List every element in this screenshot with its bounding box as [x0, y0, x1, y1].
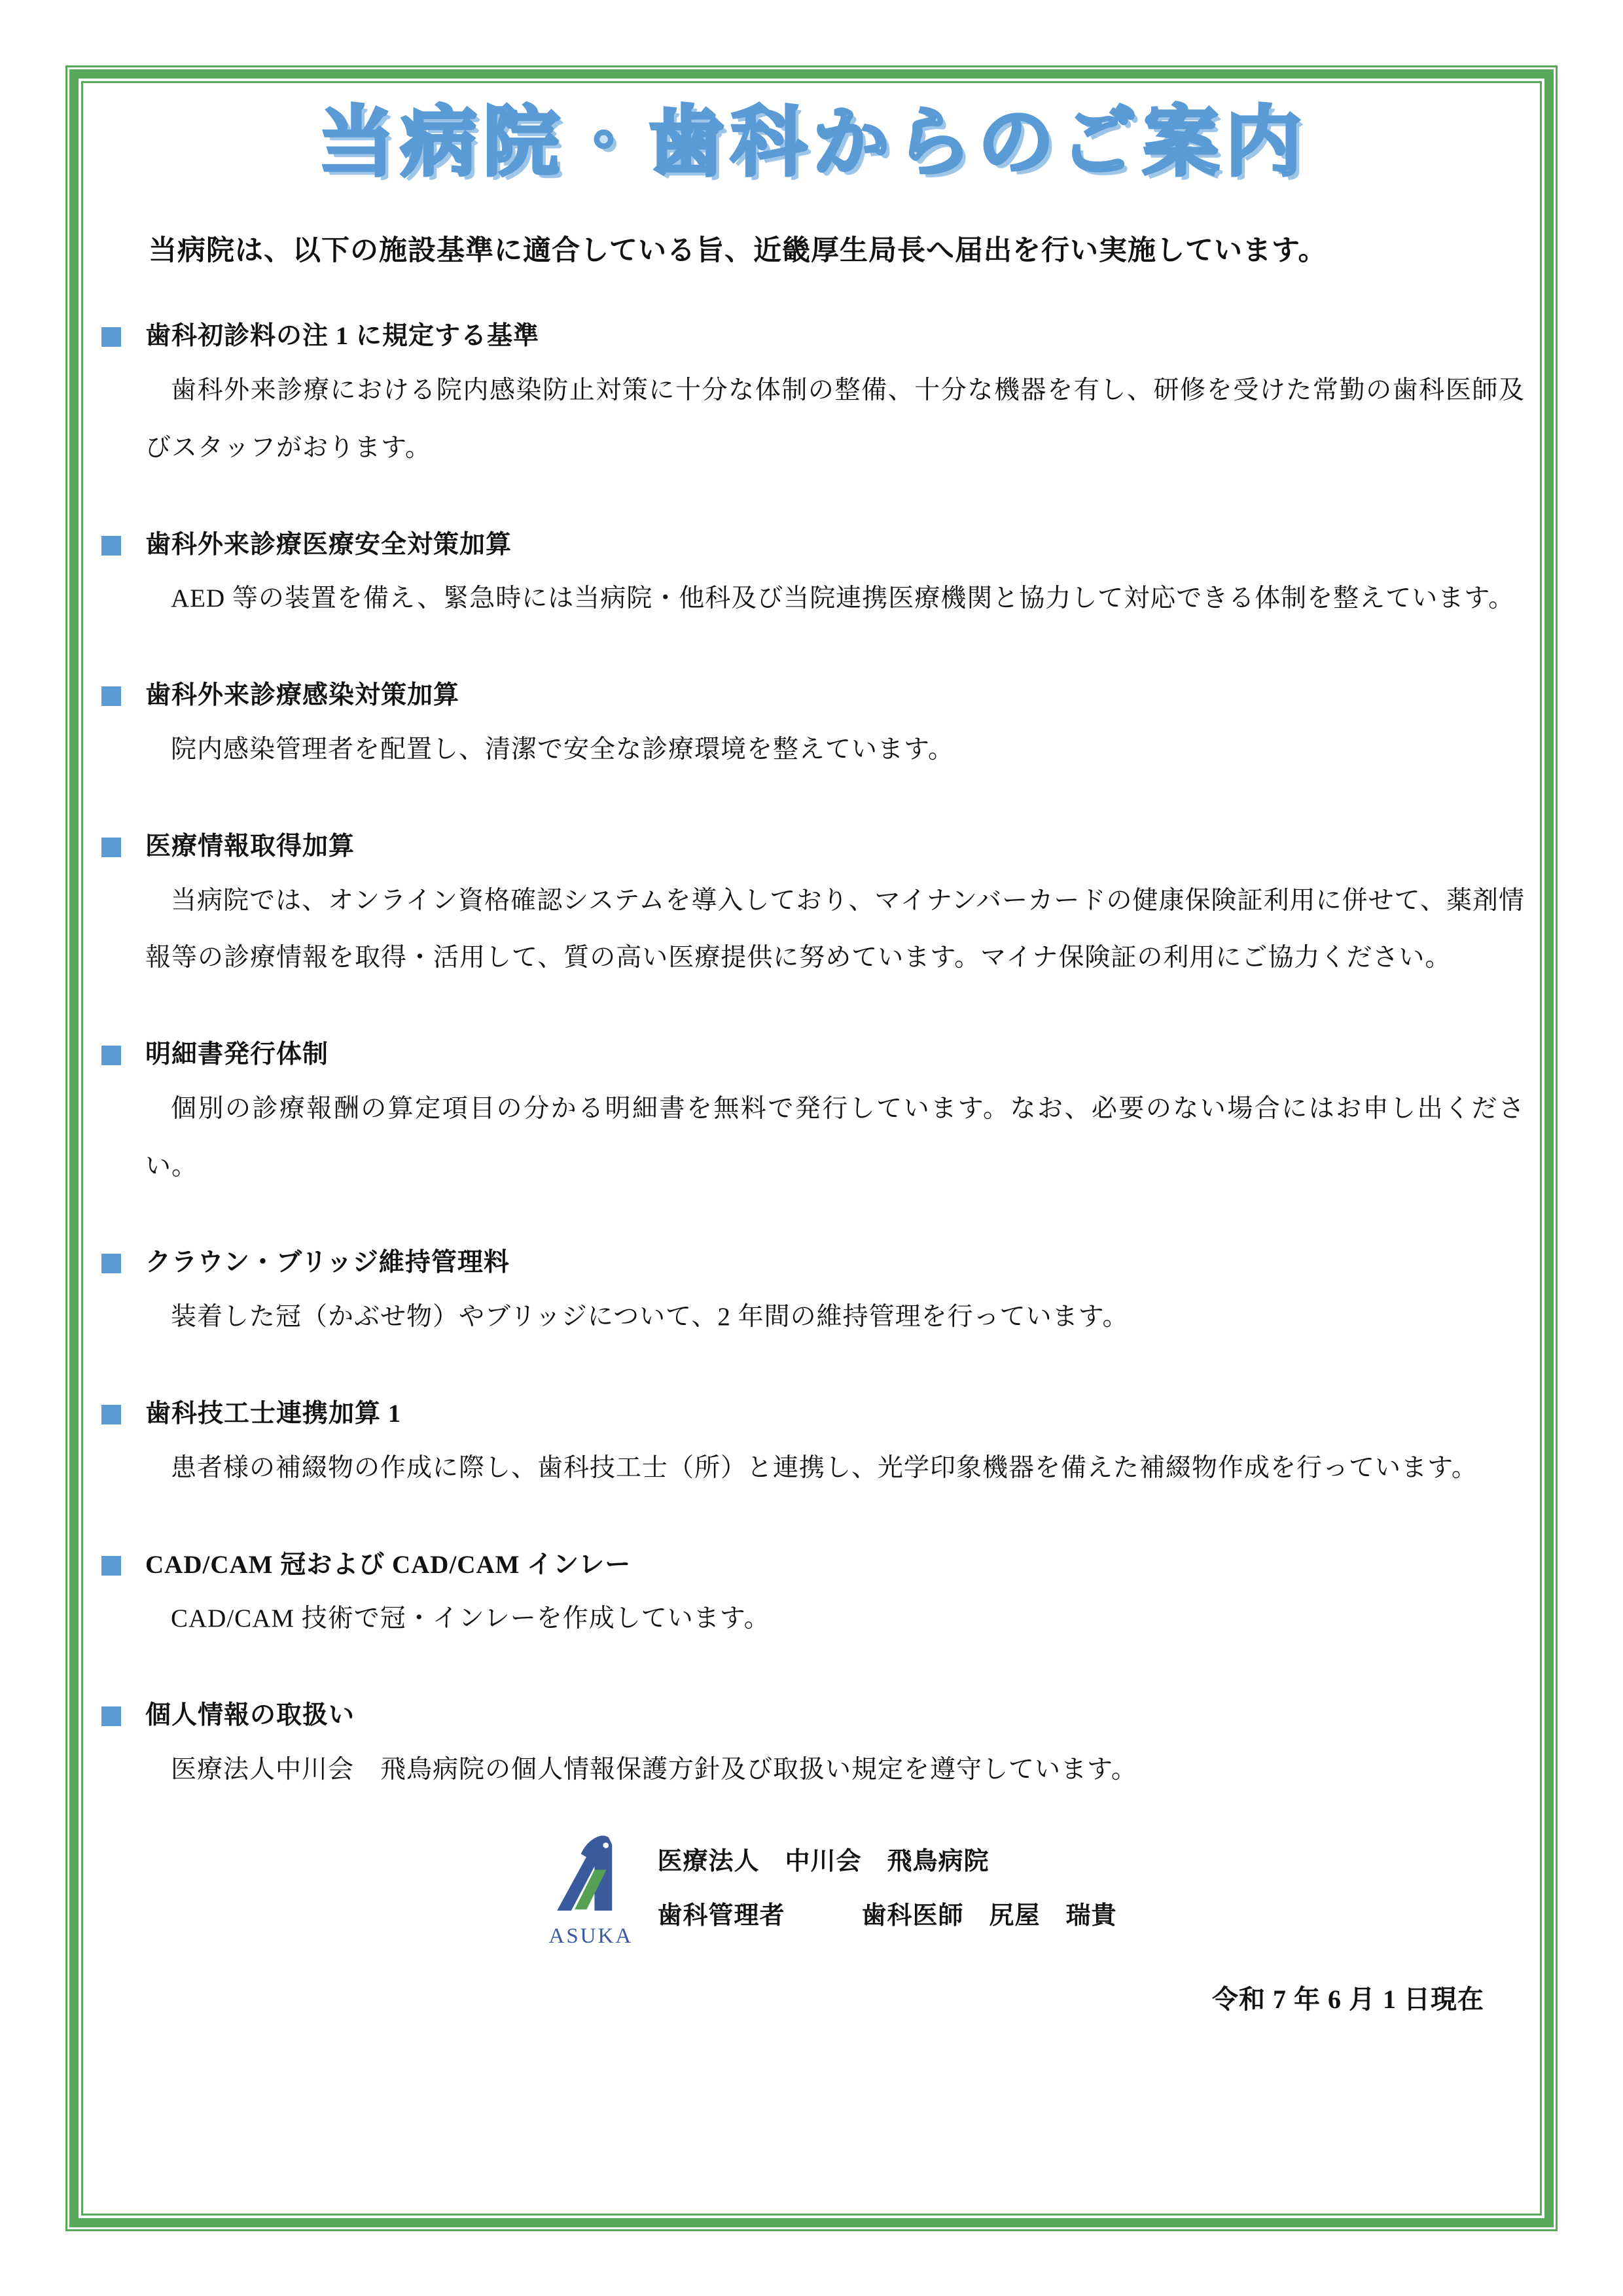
section-body: 患者様の補綴物の作成に際し、歯科技工士（所）と連携し、光学印象機器を備えた補綴物…: [145, 1439, 1525, 1497]
logo-wordmark: ASUKA: [548, 1924, 627, 1949]
section-cadcam: CAD/CAM 冠および CAD/CAM インレー CAD/CAM 技術で冠・イ…: [101, 1551, 1525, 1648]
section-gikoshi-renkei: 歯科技工士連携加算 1 患者様の補綴物の作成に際し、歯科技工士（所）と連携し、光…: [101, 1400, 1525, 1497]
bullet-square-icon: [101, 1706, 121, 1726]
date-line: 令和 7 年 6 月 1 日現在: [101, 1979, 1525, 2016]
bullet-square-icon: [101, 1046, 121, 1065]
section-kansen-taisaku: 歯科外来診療感染対策加算 院内感染管理者を配置し、清潔で安全な診療環境を整えてい…: [101, 681, 1525, 779]
section-body: 医療法人中川会 飛鳥病院の個人情報保護方針及び取扱い規定を遵守しています。: [145, 1741, 1525, 1799]
bullet-square-icon: [101, 1254, 121, 1273]
intro-statement: 当病院は、以下の施設基準に適合している旨、近畿厚生局長へ届出を行い実施しています…: [101, 228, 1525, 268]
section-heading: 明細書発行体制: [145, 1040, 329, 1070]
bullet-square-icon: [101, 838, 121, 857]
bullet-square-icon: [101, 686, 121, 706]
section-body: 装着した冠（かぶせ物）やブリッジについて、2 年間の維持管理を行っています。: [145, 1288, 1525, 1346]
section-heading: 歯科技工士連携加算 1: [145, 1400, 401, 1429]
section-kojin-joho: 個人情報の取扱い 医療法人中川会 飛鳥病院の個人情報保護方針及び取扱い規定を遵守…: [101, 1701, 1525, 1799]
footer-signature: ASUKA 医療法人 中川会 飛鳥病院 歯科管理者 歯科医師 尻屋 瑞貴: [121, 1830, 1544, 1949]
section-body: AED 等の装置を備え、緊急時には当病院・他科及び当院連携医療機関と協力して対応…: [145, 570, 1525, 627]
section-meisaisho: 明細書発行体制 個別の診療報酬の算定項目の分かる明細書を無料で発行しています。な…: [101, 1040, 1525, 1195]
organization-line: 医療法人 中川会 飛鳥病院: [657, 1835, 1116, 1890]
section-heading: クラウン・ブリッジ維持管理料: [145, 1248, 510, 1278]
section-body: 院内感染管理者を配置し、清潔で安全な診療環境を整えています。: [145, 721, 1525, 779]
section-anzen-taisaku: 歯科外来診療医療安全対策加算 AED 等の装置を備え、緊急時には当病院・他科及び…: [101, 531, 1525, 628]
page-title: 当病院・歯科からのご案内: [101, 97, 1525, 188]
bullet-square-icon: [101, 327, 121, 347]
bullet-square-icon: [101, 536, 121, 556]
section-heading: 医療情報取得加算: [145, 832, 355, 862]
document-content: 当病院・歯科からのご案内 当病院は、以下の施設基準に適合している旨、近畿厚生局長…: [101, 97, 1525, 2016]
section-heading: CAD/CAM 冠および CAD/CAM インレー: [145, 1551, 631, 1580]
bullet-square-icon: [101, 1405, 121, 1424]
section-heading: 歯科初診料の注 1 に規定する基準: [145, 322, 539, 351]
section-list: 歯科初診料の注 1 に規定する基準 歯科外来診療における院内感染防止対策に十分な…: [101, 322, 1525, 1799]
section-heading: 歯科外来診療医療安全対策加算: [145, 531, 512, 560]
section-body: 歯科外来診療における院内感染防止対策に十分な体制の整備、十分な機器を有し、研修を…: [145, 362, 1525, 477]
manager-line: 歯科管理者 歯科医師 尻屋 瑞貴: [657, 1889, 1116, 1944]
section-shoshinryo: 歯科初診料の注 1 に規定する基準 歯科外来診療における院内感染防止対策に十分な…: [101, 322, 1525, 476]
section-body: CAD/CAM 技術で冠・インレーを作成しています。: [145, 1590, 1525, 1648]
section-heading: 個人情報の取扱い: [145, 1701, 355, 1731]
asuka-logo: ASUKA: [548, 1830, 627, 1949]
section-body: 当病院では、オンライン資格確認システムを導入しており、マイナンバーカードの健康保…: [145, 872, 1525, 987]
asuka-bird-icon: [554, 1830, 622, 1923]
section-heading: 歯科外来診療感染対策加算: [145, 681, 459, 711]
section-iryo-joho: 医療情報取得加算 当病院では、オンライン資格確認システムを導入しており、マイナン…: [101, 832, 1525, 987]
notice-document: 当病院・歯科からのご案内 当病院は、以下の施設基準に適合している旨、近畿厚生局長…: [0, 0, 1623, 2296]
section-crown-bridge: クラウン・ブリッジ維持管理料 装着した冠（かぶせ物）やブリッジについて、2 年間…: [101, 1248, 1525, 1346]
bullet-square-icon: [101, 1556, 121, 1576]
section-body: 個別の診療報酬の算定項目の分かる明細書を無料で発行しています。なお、必要のない場…: [145, 1080, 1525, 1195]
